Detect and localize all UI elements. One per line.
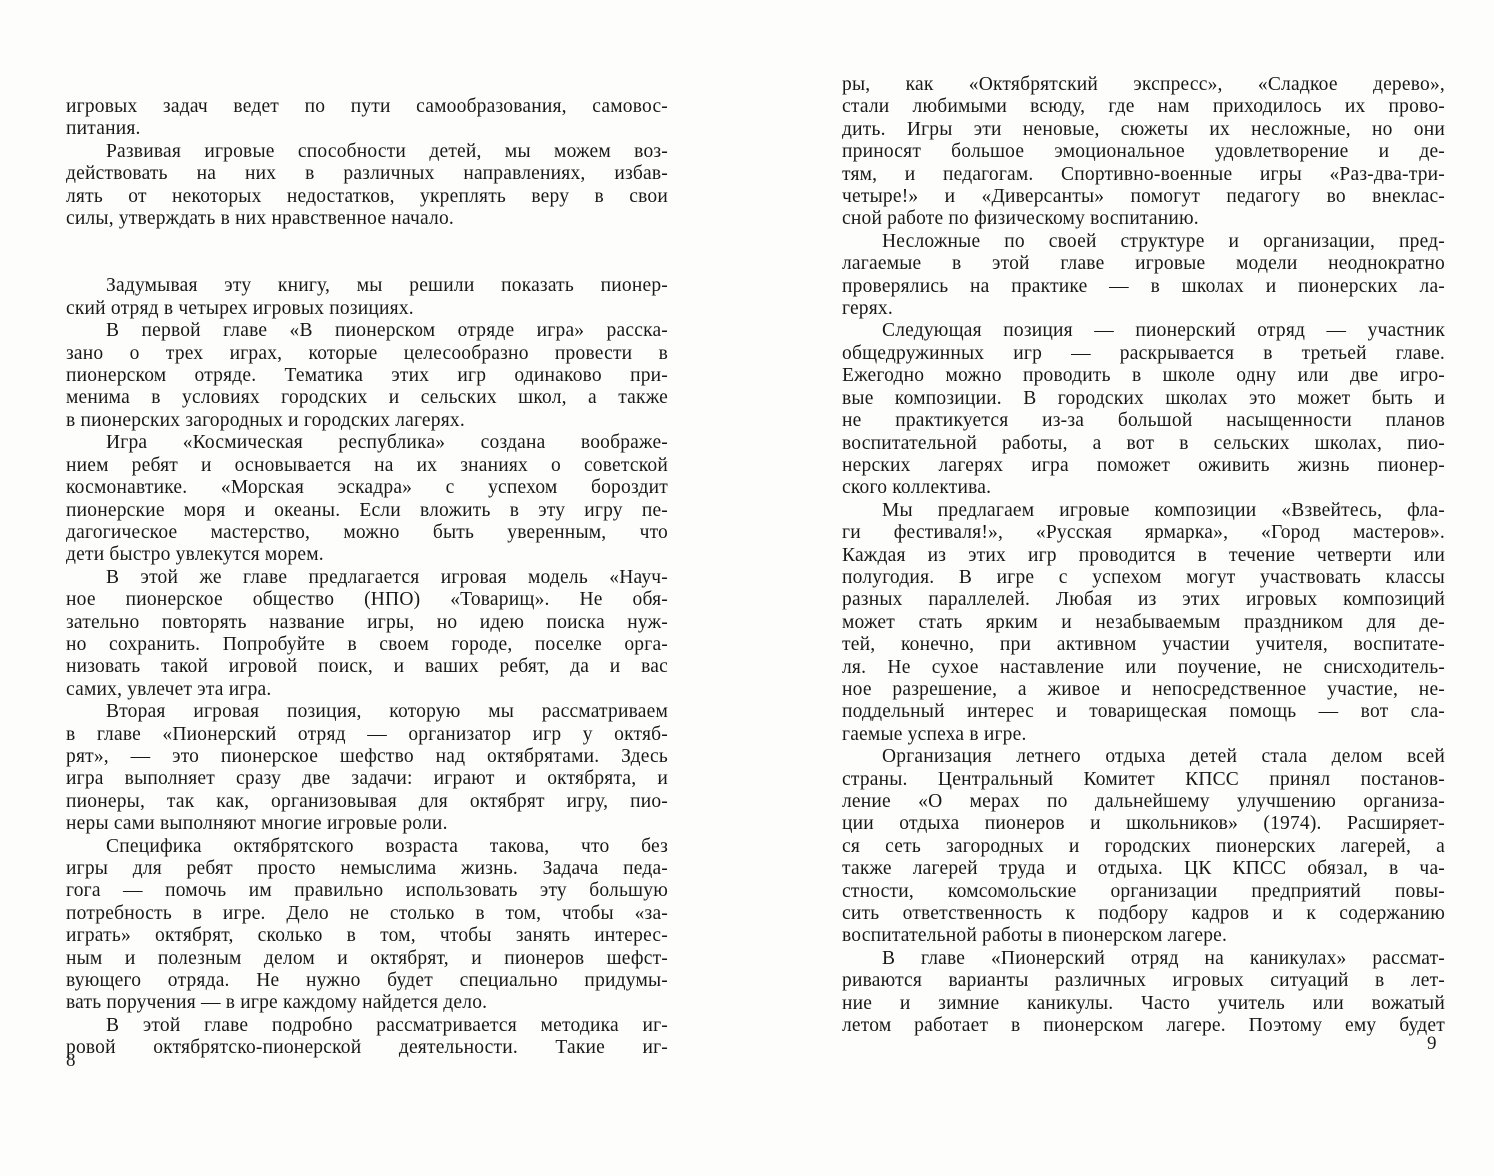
book-spread-scan: игровых задач ведет по пути самообразова…	[0, 0, 1494, 1176]
text-line: Следующая позиция — пионерский отряд — у…	[842, 320, 1445, 342]
paragraph: В главе «Пионерский отряд на каникулах» …	[842, 948, 1445, 1038]
text-line: лять от некоторых недостатков, укреплять…	[66, 186, 668, 208]
paragraph: ры, как «Октябрятский экспресс», «Сладко…	[842, 74, 1445, 231]
paragraph: Специфика октябрятского возраста такова,…	[66, 836, 668, 1015]
text-line: вые композиции. В городских школах это м…	[842, 388, 1445, 410]
text-line: лагаемые в этой главе игровые модели нео…	[842, 253, 1445, 275]
text-line: ным и полезным делом и октябрят, и пионе…	[66, 948, 668, 970]
text-line: герях.	[842, 298, 1445, 320]
text-line: ги фестиваля!», «Русская ярмарка», «Горо…	[842, 522, 1445, 544]
text-line: В главе «Пионерский отряд на каникулах» …	[842, 948, 1445, 970]
paragraph: Мы предлагаем игровые композиции «Взвейт…	[842, 500, 1445, 746]
text-line: ное пионерское общество (НПО) «Товарищ».…	[66, 589, 668, 611]
text-line: летом работает в пионерском лагере. Поэт…	[842, 1015, 1445, 1037]
text-line: Специфика октябрятского возраста такова,…	[66, 836, 668, 858]
text-line: дети быстро увлекутся морем.	[66, 544, 668, 566]
text-line: Вторая игровая позиция, которую мы рассм…	[66, 701, 668, 723]
paragraph: Задумывая эту книгу, мы решили показать …	[66, 275, 668, 320]
text-line: игра выполняет сразу две задачи: играют …	[66, 768, 668, 790]
text-line: разных параллелей. Любая из этих игровых…	[842, 589, 1445, 611]
text-line: в главе «Пионерский отряд — организатор …	[66, 724, 668, 746]
text-line: космонавтике. «Морская эскадра» с успехо…	[66, 477, 668, 499]
text-line: вующего отряда. Не нужно будет специальн…	[66, 970, 668, 992]
text-line: Организация летнего отдыха детей стала д…	[842, 746, 1445, 768]
text-line: менима в условиях городских и сельских ш…	[66, 387, 668, 409]
text-line: пионерские моря и океаны. Если вложить в…	[66, 500, 668, 522]
text-line: пионеры, так как, организовывая для октя…	[66, 791, 668, 813]
paragraph: Несложные по своей структуре и организац…	[842, 231, 1445, 321]
text-line: самих, увлечет эта игра.	[66, 679, 668, 701]
text-line: Каждая из этих игр проводится в течение …	[842, 545, 1445, 567]
text-line: В этой же главе предлагается игровая мод…	[66, 567, 668, 589]
text-line: нием ребят и основывается на их знаниях …	[66, 455, 668, 477]
text-line: проверялись на практике — в школах и пио…	[842, 276, 1445, 298]
text-line: Развивая игровые способности детей, мы м…	[66, 141, 668, 163]
text-line: ровой октябрятско-пионерской деятельност…	[66, 1037, 668, 1059]
text-line: риваются варианты различных игровых ситу…	[842, 970, 1445, 992]
text-line: четыре!» и «Диверсанты» помогут педагогу…	[842, 186, 1445, 208]
text-line: сной работе по физическому воспитанию.	[842, 208, 1445, 230]
text-line: ное разрешение, а живое и непосредственн…	[842, 679, 1445, 701]
text-line: Несложные по своей структуре и организац…	[842, 231, 1445, 253]
text-line: полугодия. В игре с успехом могут участв…	[842, 567, 1445, 589]
text-line: сить ответственность к подбору кадров и …	[842, 903, 1445, 925]
paragraph: В первой главе «В пионерском отряде игра…	[66, 320, 668, 432]
paragraph: Следующая позиция — пионерский отряд — у…	[842, 320, 1445, 499]
text-line: ля. Не сухое наставление или поучение, н…	[842, 657, 1445, 679]
text-line: ский отряд в четырех игровых позициях.	[66, 298, 668, 320]
text-line: потребность в игре. Дело не столько в то…	[66, 903, 668, 925]
text-line: В этой главе подробно рассматривается ме…	[66, 1015, 668, 1037]
text-line: играть» октябрят, сколько в том, чтобы з…	[66, 925, 668, 947]
text-line: игровых задач ведет по пути самообразова…	[66, 96, 668, 118]
text-line: в пионерских загородных и городских лаге…	[66, 410, 668, 432]
text-line: зательно повторять название игры, но иде…	[66, 612, 668, 634]
text-line: пионерском отряде. Тематика этих игр оди…	[66, 365, 668, 387]
text-line: не практикуется из-за большой насыщеннос…	[842, 410, 1445, 432]
text-line: но сохранить. Попробуйте в своем городе,…	[66, 634, 668, 656]
text-line: стности, комсомольские организации предп…	[842, 881, 1445, 903]
text-line: общедружинных игр — раскрывается в треть…	[842, 343, 1445, 365]
text-line: зано о трех играх, которые целесообразно…	[66, 343, 668, 365]
paragraph: Развивая игровые способности детей, мы м…	[66, 141, 668, 231]
text-line: питания.	[66, 118, 668, 140]
text-line: воспитательной работы в пионерском лагер…	[842, 925, 1445, 947]
text-line: вать поручения — в игре каждому найдется…	[66, 992, 668, 1014]
paragraph: Организация летнего отдыха детей стала д…	[842, 746, 1445, 948]
text-line: тям, и педагогам. Спортивно-военные игры…	[842, 164, 1445, 186]
text-line: дагогическое мастерство, можно быть увер…	[66, 522, 668, 544]
text-line: силы, утверждать в них нравственное нача…	[66, 208, 668, 230]
text-line: Задумывая эту книгу, мы решили показать …	[66, 275, 668, 297]
paragraph: Игра «Космическая республика» создана во…	[66, 432, 668, 566]
text-line: Игра «Космическая республика» создана во…	[66, 432, 668, 454]
page-number-right: 9	[1427, 1033, 1437, 1055]
text-line: игры для ребят просто немыслима жизнь. З…	[66, 858, 668, 880]
text-line: также лагерей труда и отдыха. ЦК КПСС об…	[842, 858, 1445, 880]
text-line: может стать ярким и незабываемым праздни…	[842, 612, 1445, 634]
page-number-left: 8	[66, 1050, 76, 1072]
text-line: поддельный интерес и товарищеская помощь…	[842, 701, 1445, 723]
text-line: действовать на них в различных направлен…	[66, 163, 668, 185]
paragraph: В этой же главе предлагается игровая мод…	[66, 567, 668, 701]
text-line: неры сами выполняют многие игровые роли.	[66, 813, 668, 835]
right-page-text-column: ры, как «Октябрятский экспресс», «Сладко…	[842, 74, 1445, 1037]
left-page-text-column: игровых задач ведет по пути самообразова…	[66, 96, 668, 1060]
text-line: нерских лагерях игра поможет оживить жиз…	[842, 455, 1445, 477]
text-line: Ежегодно можно проводить в школе одну ил…	[842, 365, 1445, 387]
text-line: страны. Центральный Комитет КПСС принял …	[842, 769, 1445, 791]
text-line: ры, как «Октябрятский экспресс», «Сладко…	[842, 74, 1445, 96]
text-line: В первой главе «В пионерском отряде игра…	[66, 320, 668, 342]
text-line: дить. Игры эти неновые, сюжеты их неслож…	[842, 119, 1445, 141]
text-line: ся сеть загородных и городских пионерски…	[842, 836, 1445, 858]
paragraph: игровых задач ведет по пути самообразова…	[66, 96, 668, 141]
text-line: гога — помочь им правильно использовать …	[66, 880, 668, 902]
text-line: Мы предлагаем игровые композиции «Взвейт…	[842, 500, 1445, 522]
text-line: гаемые успеха в игре.	[842, 724, 1445, 746]
text-line: ление «О мерах по дальнейшему улучшению …	[842, 791, 1445, 813]
text-line: приносят большое эмоциональное удовлетво…	[842, 141, 1445, 163]
text-line: ского коллектива.	[842, 477, 1445, 499]
text-line: стали любимыми всюду, где нам приходилос…	[842, 96, 1445, 118]
text-line: рят», — это пионерское шефство над октяб…	[66, 746, 668, 768]
text-line: низовать такой игровой поиск, и ваших ре…	[66, 656, 668, 678]
text-line: ции отдыха пионеров и школьников» (1974)…	[842, 813, 1445, 835]
paragraph: В этой главе подробно рассматривается ме…	[66, 1015, 668, 1060]
paragraph: Вторая игровая позиция, которую мы рассм…	[66, 701, 668, 835]
text-line: тей, конечно, при активном участии учите…	[842, 634, 1445, 656]
text-line: ние и зимние каникулы. Часто учитель или…	[842, 993, 1445, 1015]
text-line: воспитательной работы, а вот в сельских …	[842, 433, 1445, 455]
